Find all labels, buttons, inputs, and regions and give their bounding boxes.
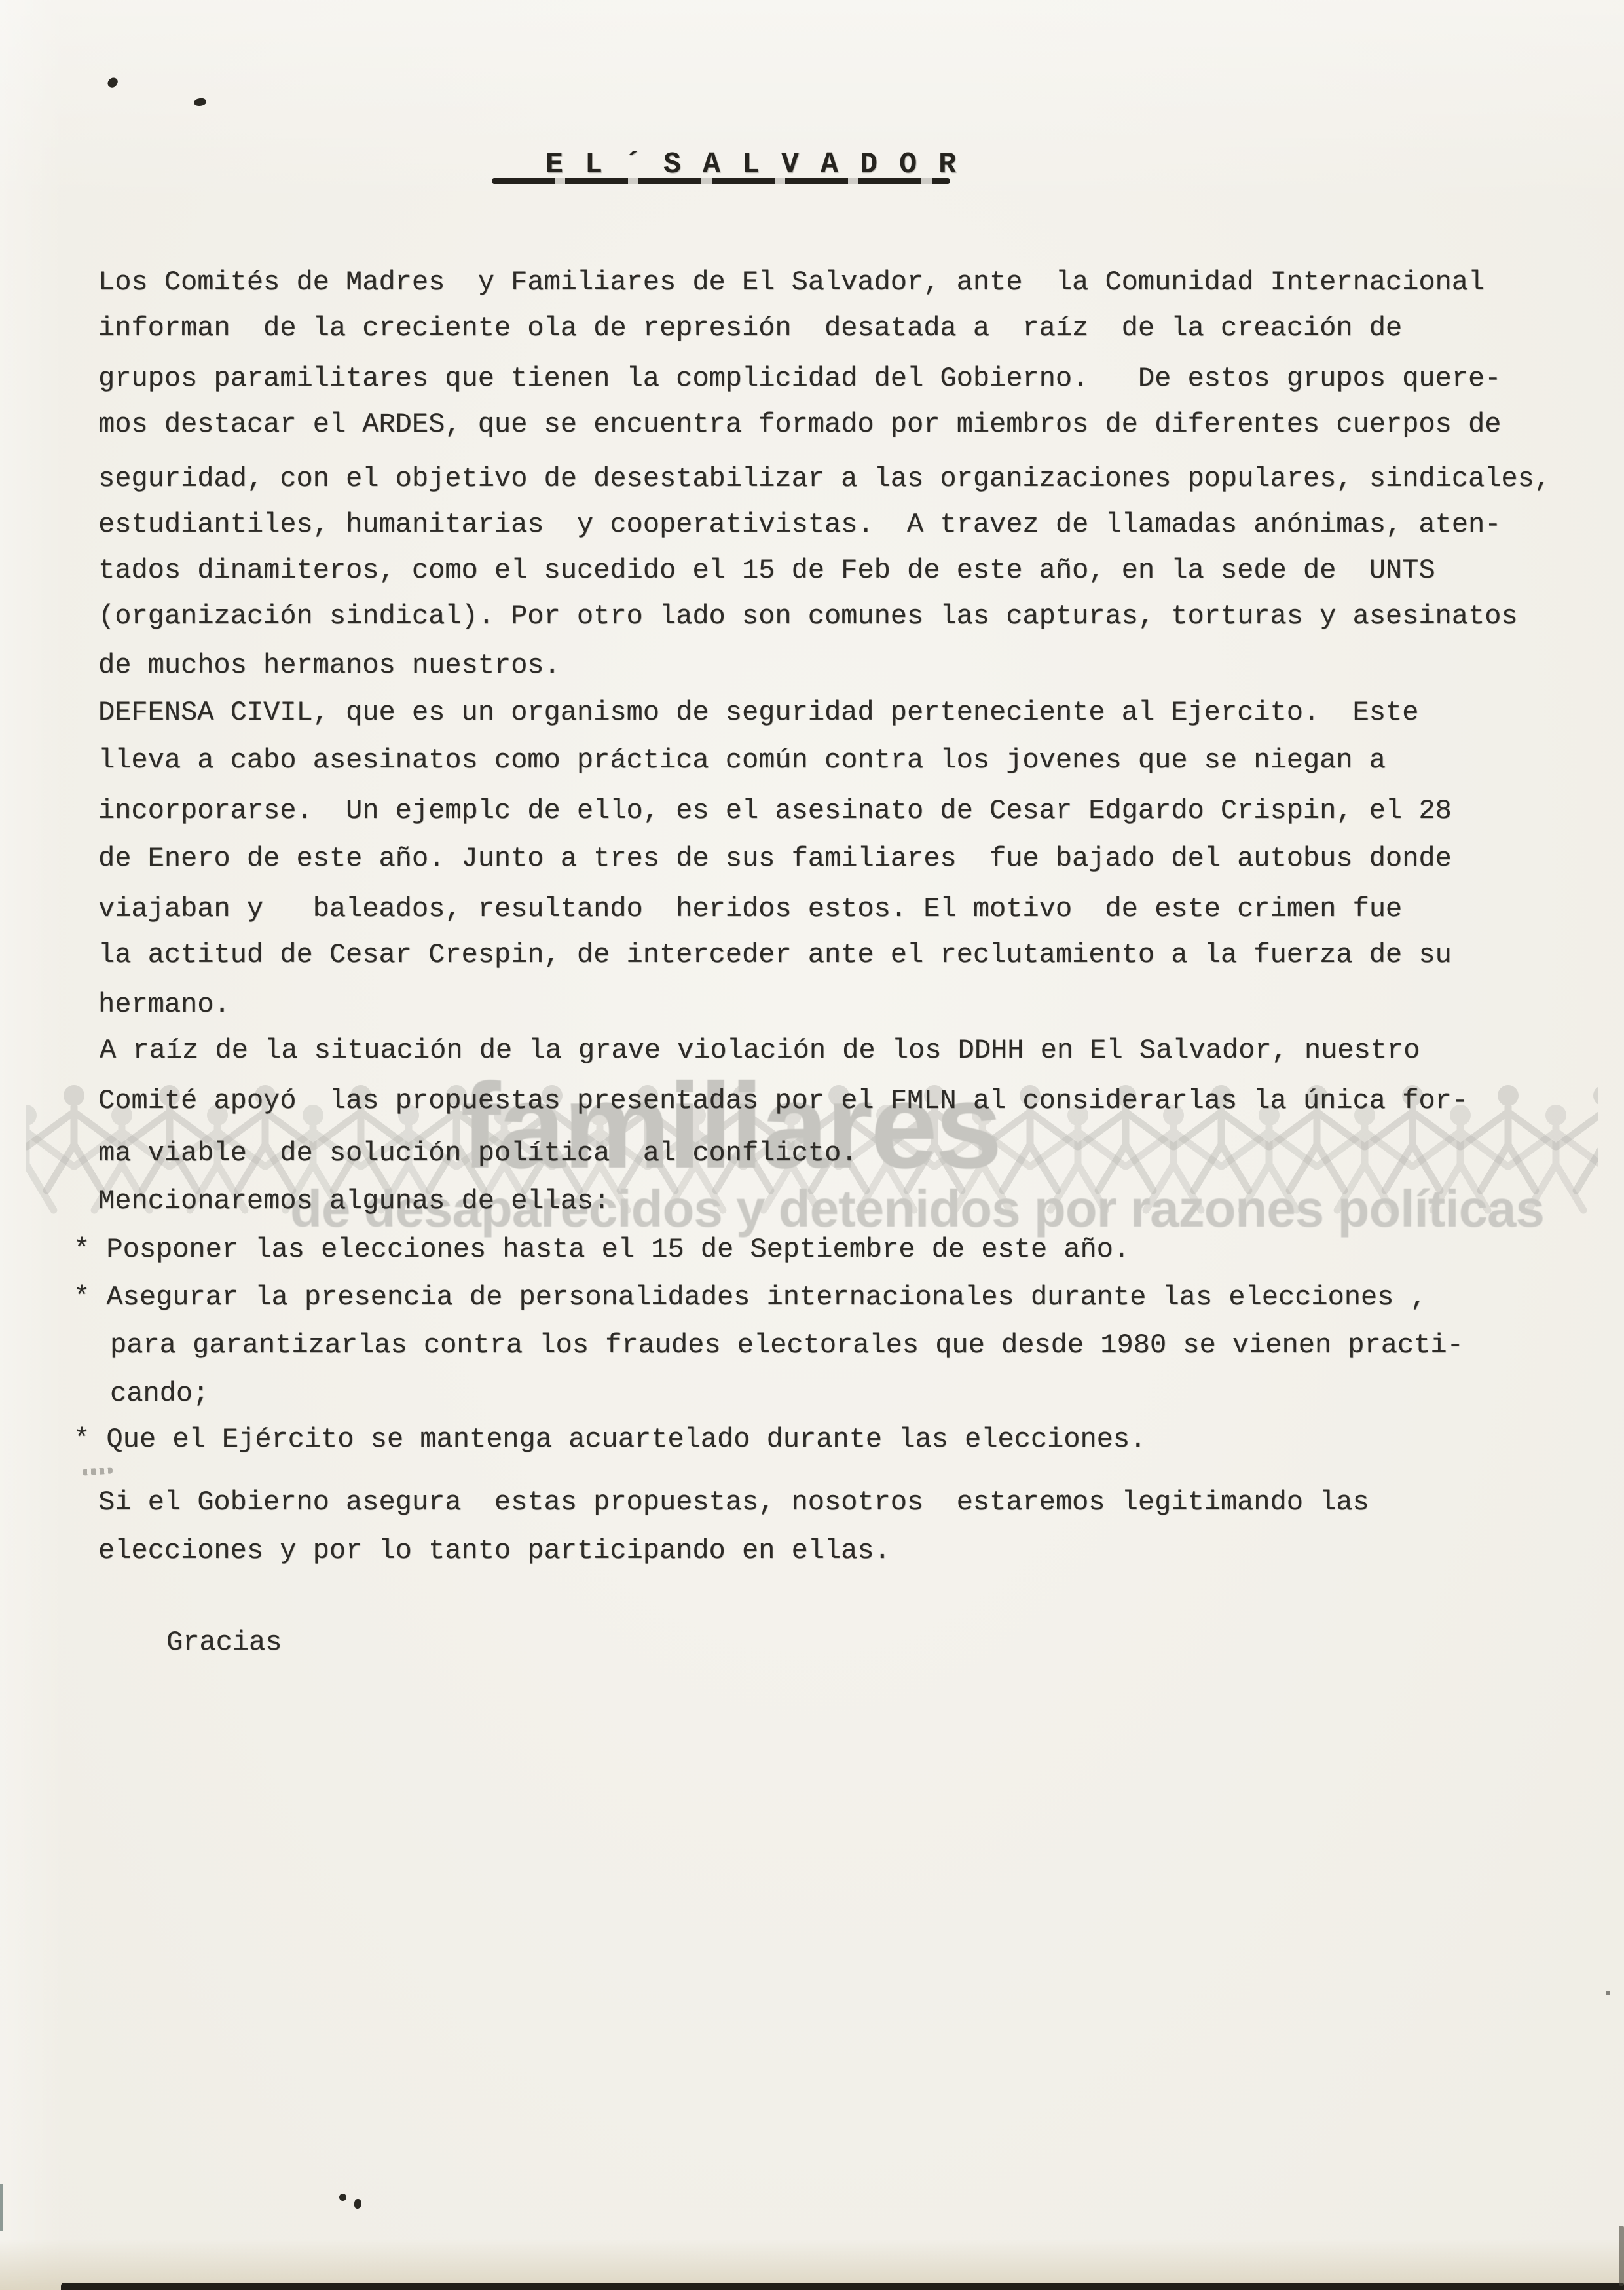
title-underline	[492, 178, 950, 184]
text-line: * Posponer las elecciones hasta el 15 de…	[73, 1236, 1130, 1263]
text-line: A raíz de la situación de la grave viola…	[100, 1037, 1420, 1064]
text-line: incorporarse. Un ejemplc de ello, es el …	[98, 797, 1452, 824]
ink-speck	[193, 97, 207, 108]
scan-edge-artifact	[1619, 2226, 1624, 2286]
watermark-word: familiares	[460, 1066, 1000, 1187]
scan-edge-artifact	[0, 2184, 3, 2231]
text-line: Gracias	[166, 1629, 282, 1656]
text-line: Si el Gobierno asegura estas propuestas,…	[98, 1488, 1369, 1516]
text-line: Mencionaremos algunas de ellas:	[98, 1187, 610, 1215]
document-page: familiares de desaparecidos y detenidos …	[0, 0, 1624, 2290]
text-line: cando;	[110, 1380, 209, 1407]
pencil-mark	[83, 1467, 113, 1475]
text-line: Comité apoyó las propuestas presentadas …	[98, 1087, 1468, 1115]
ink-speck	[354, 2199, 361, 2209]
text-line: (organización sindical). Por otro lado s…	[98, 602, 1518, 630]
text-line: hermano.	[98, 991, 231, 1018]
text-line: de Enero de este año. Junto a tres de su…	[98, 845, 1452, 872]
text-line: ma viable de solución política al confli…	[98, 1139, 857, 1167]
text-line: elecciones y por lo tanto participando e…	[98, 1537, 891, 1564]
text-line: * Que el Ejército se mantenga acuartelad…	[73, 1426, 1146, 1453]
text-line: tados dinamiteros, como el sucedido el 1…	[98, 557, 1435, 584]
text-line: seguridad, con el objetivo de desestabil…	[98, 465, 1551, 492]
text-line: DEFENSA CIVIL, que es un organismo de se…	[98, 699, 1418, 726]
ink-speck	[1606, 1991, 1610, 1995]
text-line: viajaban y baleados, resultando heridos …	[98, 895, 1402, 923]
text-line: la actitud de Cesar Crespin, de interced…	[98, 941, 1452, 969]
scan-bottom-edge	[61, 2283, 1624, 2290]
text-line: de muchos hermanos nuestros.	[98, 652, 561, 679]
text-line: para garantizarlas contra los fraudes el…	[110, 1331, 1464, 1359]
text-line: * Asegurar la presencia de personalidade…	[73, 1284, 1427, 1311]
page-title: E L ´ S A L V A D O R	[545, 148, 958, 181]
text-line: informan de la creciente ola de represió…	[98, 314, 1402, 342]
text-line: lleva a cabo asesinatos como práctica co…	[98, 747, 1386, 774]
text-line: estudiantiles, humanitarias y cooperativ…	[98, 511, 1501, 538]
ink-speck	[106, 76, 119, 89]
text-line: mos destacar el ARDES, que se encuentra …	[98, 411, 1501, 438]
ink-speck	[339, 2194, 346, 2201]
text-line: Los Comités de Madres y Familiares de El…	[98, 268, 1485, 296]
text-line: grupos paramilitares que tienen la compl…	[98, 365, 1501, 392]
